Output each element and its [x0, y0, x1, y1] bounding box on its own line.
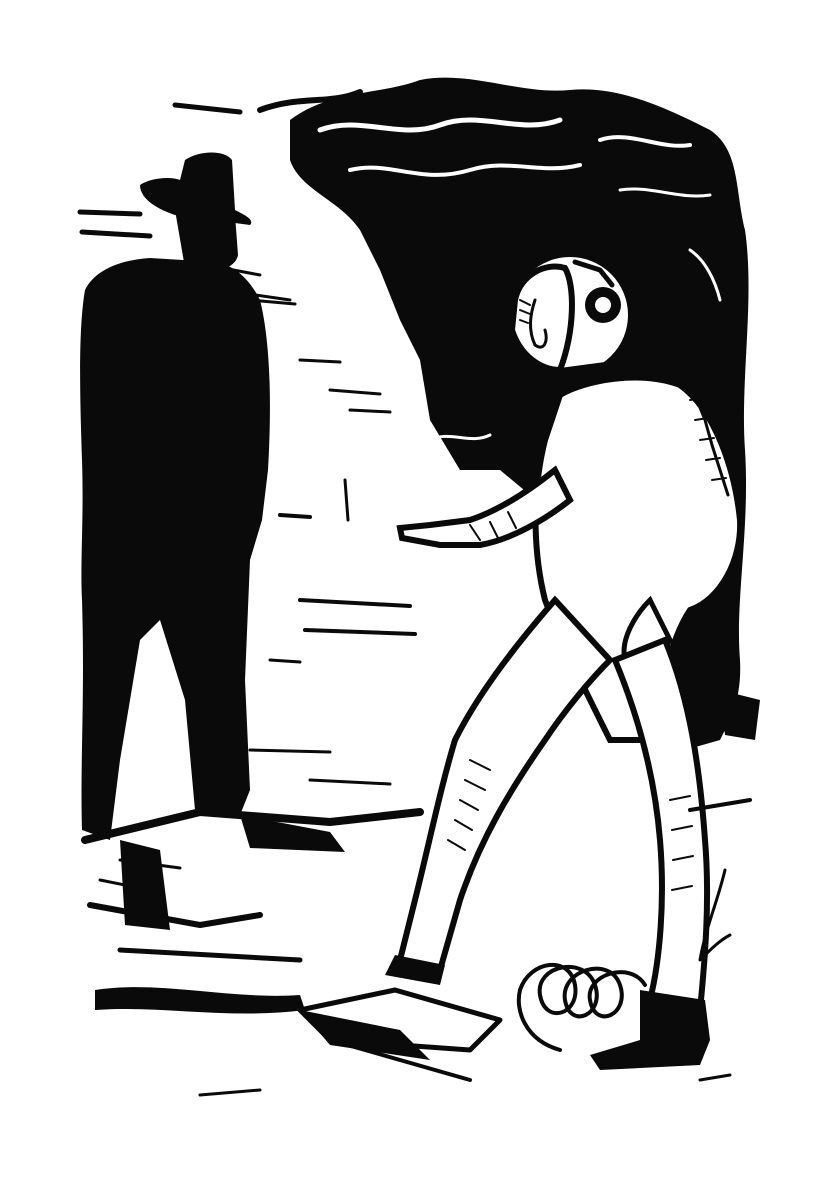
illustration [0, 0, 826, 1200]
